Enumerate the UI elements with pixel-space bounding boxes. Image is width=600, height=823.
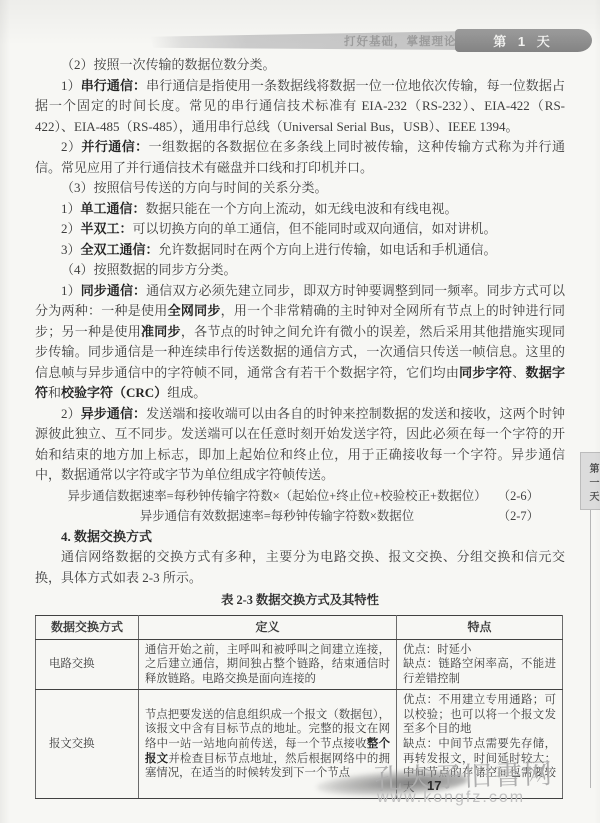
side-tab: 第一天 (580, 452, 600, 510)
bold-term: 校验字符（CRC） (61, 385, 167, 400)
formula-line: 异步通信数据速率=每秒钟传输字符数×（起始位+终止位+校验校正+数据位） （2-… (35, 486, 565, 507)
formula-line: 异步通信有效数据速率=每秒钟传输字符数×数据位 （2-7） (35, 506, 565, 527)
table-header-row: 数据交换方式 定义 特点 (36, 615, 563, 639)
equation-number: （2-7） (498, 506, 539, 527)
page-edge-line (590, 509, 591, 788)
formula-body: 异步通信数据速率=每秒钟传输字符数×（起始位+终止位+校验校正+数据位） (67, 489, 486, 503)
body-paragraph: 1）同步通信：通信双方必须先建立同步，即双方时钟要调整到同一频率。同步方式可以分… (35, 281, 565, 404)
text-run: 1） (61, 283, 81, 298)
cell-definition: 通信开始之前，主呼叫和被呼叫之间建立连接，之后建立通信，期间独占整个链路，结束通… (139, 639, 397, 690)
page-body-text: （2）按照一次传输的数据位数分类。 1）串行通信：串行通信是指使用一条数据线将数… (35, 55, 565, 799)
bold-term: 半双工： (81, 221, 133, 236)
text-run: 数据只能在一个方向上流动，如无线电波和有线电视。 (146, 201, 458, 216)
equation-number: （2-6） (498, 486, 539, 507)
bold-term: 全双工通信： (81, 242, 159, 257)
bold-term: 全网同步 (168, 303, 221, 318)
body-paragraph: 3）全双工通信：允许数据同时在两个方向上进行传输，如电话和手机通信。 (35, 240, 565, 261)
intro-paragraph: 通信网络数据的交换方式有多种，主要分为电路交换、报文交换、分组交换和信元交换，具… (35, 547, 565, 588)
feature-line: 缺点：链路空闲率高，不能进行差错控制 (403, 657, 556, 686)
body-paragraph: 1）串行通信：串行通信是指使用一条数据线将数据一位一位地依次传输，每一位数据占据… (35, 76, 565, 138)
text-run: 、 (512, 365, 525, 380)
section-heading: 4. 数据交换方式 (35, 527, 565, 548)
text-run: 可以切换方向的单工通信，但不能同时或双向通信，如对讲机。 (133, 221, 497, 236)
text-run: 允许数据同时在两个方向上进行传输，如电话和手机通信。 (159, 242, 497, 257)
table-caption: 表 2-3 数据交换方式及其特性 (35, 590, 565, 611)
formula-body: 异步通信有效数据速率=每秒钟传输字符数×数据位 (140, 509, 414, 523)
body-paragraph: 2）异步通信：发送端和接收端可以由各自的时钟来控制数据的发送和接收，这两个时钟源… (35, 404, 565, 486)
cell-features: 优点：时延小 缺点：链路空闲率高，不能进行差错控制 (397, 639, 563, 690)
text-run: 组成。 (167, 385, 206, 400)
text-run: （4）按照数据的同步方分类。 (61, 262, 237, 277)
body-paragraph: （4）按照数据的同步方分类。 (35, 260, 565, 281)
body-paragraph: 1）单工通信：数据只能在一个方向上流动，如无线电波和有线电视。 (35, 199, 565, 220)
text-run: 2） (61, 139, 81, 154)
text-run: 节点把要发送的信息组织成一个报文（数据包），该报文中含有目标节点的地址。完整的报… (145, 709, 390, 750)
watermark-url: www.kongfz.com (377, 789, 525, 807)
text-run: 3） (61, 242, 81, 257)
table-header-cell: 数据交换方式 (36, 615, 139, 639)
text-run: 2） (61, 221, 81, 236)
text-run: 1） (61, 201, 81, 216)
page-number: 17 (427, 778, 441, 793)
cell-method: 电路交换 (36, 639, 139, 690)
bold-term: 串行通信： (81, 78, 146, 93)
header-tagline: 打好基础，掌握理论 (344, 33, 457, 49)
bold-term: 同步字符 (459, 365, 512, 380)
body-paragraph: （2）按照一次传输的数据位数分类。 (35, 55, 565, 76)
bold-term: 异步通信： (81, 406, 146, 421)
day-badge: 第 1 天 (455, 29, 592, 52)
text-run: （2）按照一次传输的数据位数分类。 (61, 57, 276, 72)
cell-method: 报文交换 (36, 690, 139, 799)
text-run: 2） (61, 406, 81, 421)
text-run: 1） (61, 78, 81, 93)
body-paragraph: （3）按照信号传送的方向与时间的关系分类。 (35, 178, 565, 199)
text-run: （3）按照信号传送的方向与时间的关系分类。 (61, 180, 328, 195)
bold-term: 单工通信： (81, 201, 146, 216)
bold-term: 准同步 (141, 324, 181, 339)
text-run: 和 (48, 385, 61, 400)
text-run: 通信开始之前，主呼叫和被呼叫之间建立连接，之后建立通信，期间独占整个链路，结束通… (145, 644, 390, 685)
bold-term: 并行通信： (81, 139, 148, 154)
body-paragraph: 2）并行通信：一组数据的各数据位在多条线上同时被传输，这种传输方式称为并行通信。… (35, 137, 565, 178)
body-paragraph: 2）半双工：可以切换方向的单工通信，但不能同时或双向通信，如对讲机。 (35, 219, 565, 240)
bold-term: 同步通信： (81, 283, 146, 298)
table-header-cell: 特点 (397, 615, 563, 639)
day-badge-label: 第 1 天 (493, 31, 553, 50)
table-row: 电路交换 通信开始之前，主呼叫和被呼叫之间建立连接，之后建立通信，期间独占整个链… (36, 639, 563, 690)
feature-line: 优点：不用建立专用通路；可以校验；也可以将一个报文发至多个目的地 (403, 693, 556, 737)
feature-line: 优点：时延小 (403, 643, 556, 658)
table-header-cell: 定义 (139, 615, 397, 639)
